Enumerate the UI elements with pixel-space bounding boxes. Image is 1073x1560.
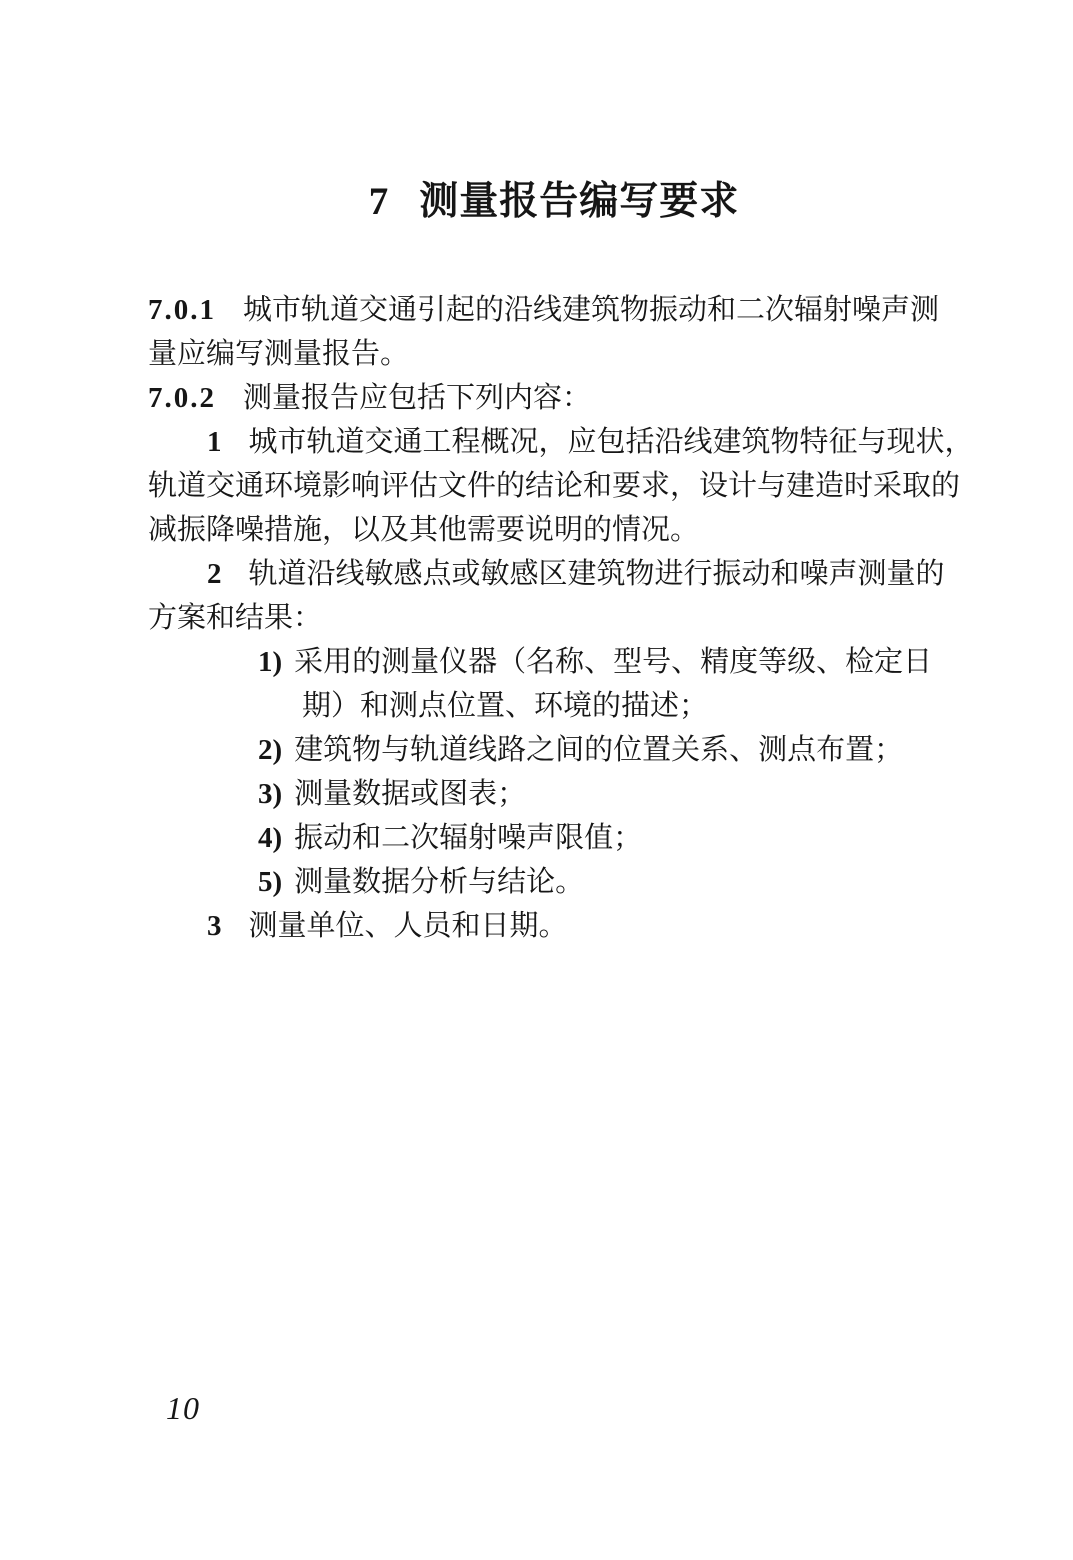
line-text: 量应编写测量报告。 bbox=[148, 338, 409, 370]
item-number: 1 bbox=[207, 420, 222, 464]
line-text: 城市轨道交通引起的沿线建筑物振动和二次辐射噪声测 bbox=[243, 294, 939, 326]
item-number: 3 bbox=[207, 904, 222, 948]
line-text: 期）和测点位置、环境的描述； bbox=[302, 690, 708, 722]
line-text: 测量报告应包括下列内容： bbox=[243, 382, 591, 414]
item-number: 2 bbox=[207, 552, 222, 596]
subitem-line: 5)测量数据分析与结论。 bbox=[148, 860, 978, 904]
body-text: 7.0.1城市轨道交通引起的沿线建筑物振动和二次辐射噪声测 量应编写测量报告。 … bbox=[148, 288, 978, 948]
line-text: 采用的测量仪器（名称、型号、精度等级、检定日 bbox=[294, 646, 932, 678]
line-text: 测量数据或图表； bbox=[294, 778, 526, 810]
body-line: 方案和结果： bbox=[148, 596, 978, 640]
item-line: 3测量单位、人员和日期。 bbox=[148, 904, 978, 948]
subitem-line: 3)测量数据或图表； bbox=[148, 772, 978, 816]
clause-line: 7.0.1城市轨道交通引起的沿线建筑物振动和二次辐射噪声测 bbox=[148, 288, 978, 332]
subitem-number: 4) bbox=[258, 816, 282, 860]
line-text: 测量单位、人员和日期。 bbox=[249, 910, 568, 942]
line-text: 城市轨道交通工程概况，应包括沿线建筑物特征与现状， bbox=[249, 426, 974, 458]
chapter-number: 7 bbox=[369, 179, 390, 224]
clause-number: 7.0.1 bbox=[148, 288, 216, 332]
subitem-number: 2) bbox=[258, 728, 282, 772]
line-text: 振动和二次辐射噪声限值； bbox=[294, 822, 642, 854]
body-line: 减振降噪措施，以及其他需要说明的情况。 bbox=[148, 508, 978, 552]
line-text: 轨道交通环境影响评估文件的结论和要求，设计与建造时采取的 bbox=[148, 470, 960, 502]
chapter-title-text: 测量报告编写要求 bbox=[419, 180, 739, 223]
subitem-number: 1) bbox=[258, 640, 282, 684]
line-text: 轨道沿线敏感点或敏感区建筑物进行振动和噪声测量的 bbox=[249, 558, 945, 590]
clause-number: 7.0.2 bbox=[148, 376, 216, 420]
page-title: 7测量报告编写要求 bbox=[148, 170, 960, 226]
subitem-line: 2)建筑物与轨道线路之间的位置关系、测点布置； bbox=[148, 728, 978, 772]
page-number: 10 bbox=[166, 1390, 200, 1427]
document-page: 7测量报告编写要求 7.0.1城市轨道交通引起的沿线建筑物振动和二次辐射噪声测 … bbox=[0, 0, 1073, 1560]
line-text: 减振降噪措施，以及其他需要说明的情况。 bbox=[148, 514, 699, 546]
body-line: 轨道交通环境影响评估文件的结论和要求，设计与建造时采取的 bbox=[148, 464, 978, 508]
subitem-line: 1)采用的测量仪器（名称、型号、精度等级、检定日 bbox=[148, 640, 978, 684]
line-text: 测量数据分析与结论。 bbox=[294, 866, 584, 898]
item-line: 2轨道沿线敏感点或敏感区建筑物进行振动和噪声测量的 bbox=[148, 552, 978, 596]
item-line: 1城市轨道交通工程概况，应包括沿线建筑物特征与现状， bbox=[148, 420, 978, 464]
body-line: 量应编写测量报告。 bbox=[148, 332, 978, 376]
subitem-number: 3) bbox=[258, 772, 282, 816]
subitem-continuation-line: 期）和测点位置、环境的描述； bbox=[148, 684, 978, 728]
line-text: 建筑物与轨道线路之间的位置关系、测点布置； bbox=[294, 734, 903, 766]
subitem-number: 5) bbox=[258, 860, 282, 904]
clause-line: 7.0.2测量报告应包括下列内容： bbox=[148, 376, 978, 420]
subitem-line: 4)振动和二次辐射噪声限值； bbox=[148, 816, 978, 860]
line-text: 方案和结果： bbox=[148, 602, 322, 634]
